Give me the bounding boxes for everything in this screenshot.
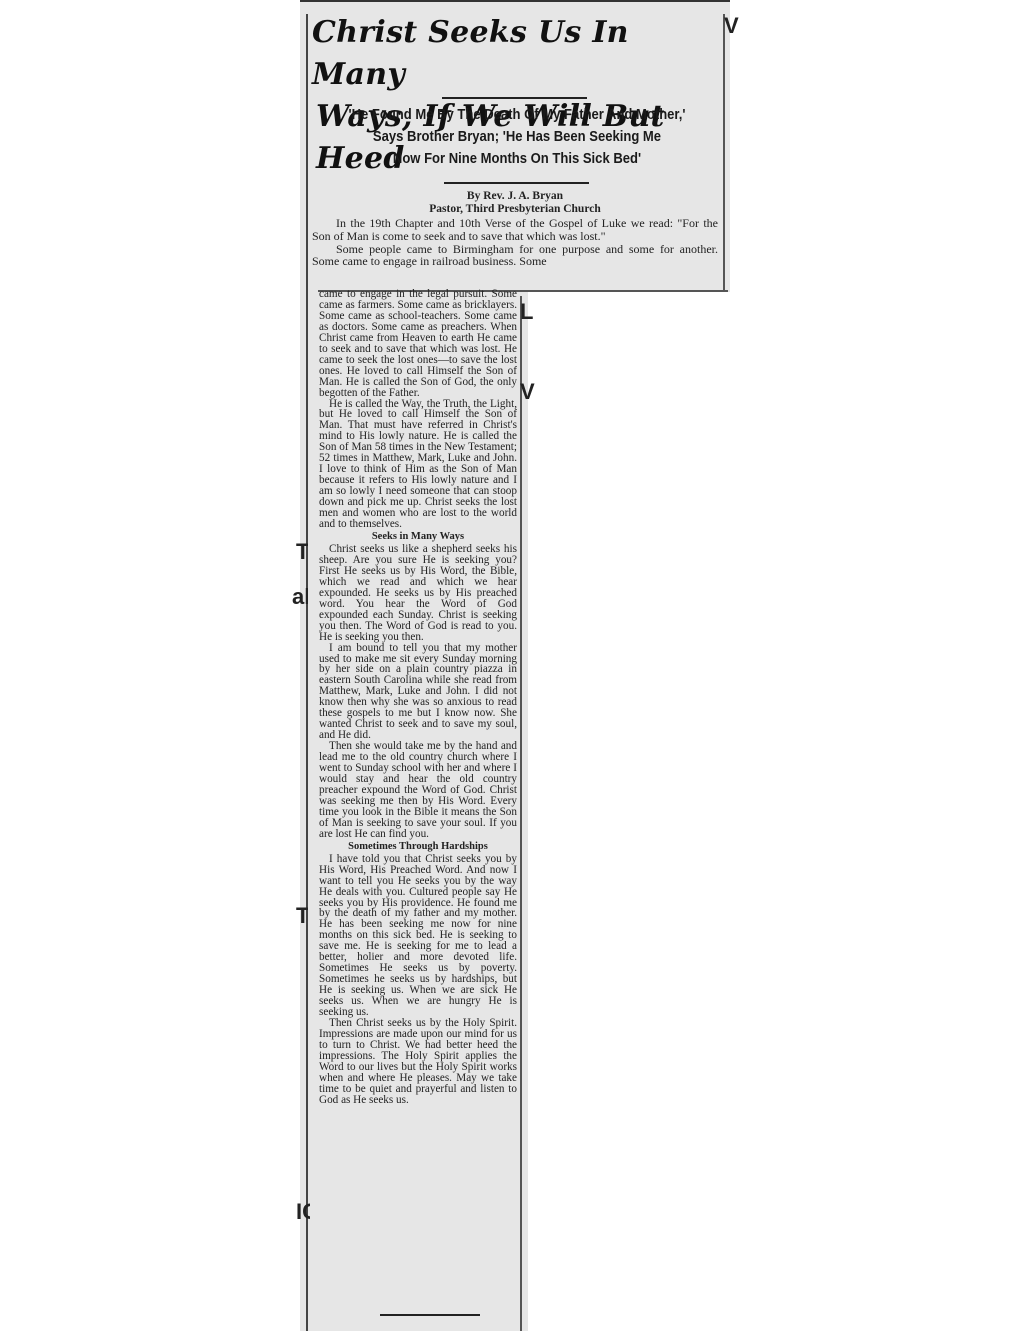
body-paragraph: Then Christ seeks us by the Holy Spirit.… bbox=[319, 1018, 517, 1106]
article-body: came to engage in the legal pursuit. Som… bbox=[319, 289, 517, 1106]
deck-line-3: Now For Nine Months On This Sick Bed' bbox=[329, 148, 705, 170]
body-paragraph: He is called the Way, the Truth, the Lig… bbox=[319, 399, 517, 530]
subheading: Sometimes Through Hardships bbox=[319, 841, 517, 853]
column-rule-left bbox=[306, 14, 308, 1331]
headline-line-1: Christ Seeks Us In Many bbox=[310, 12, 720, 96]
column-rule-right bbox=[520, 296, 522, 1331]
body-paragraph: came to engage in the legal pursuit. Som… bbox=[319, 289, 517, 399]
byline-rule bbox=[444, 182, 589, 184]
adjacent-column-fragment: V bbox=[724, 14, 739, 38]
headline-rule bbox=[442, 97, 587, 99]
deck-line-2: Says Brother Bryan; 'He Has Been Seeking… bbox=[329, 126, 705, 148]
body-paragraph: I have told you that Christ seeks you by… bbox=[319, 854, 517, 1018]
adjacent-column-fragment: T bbox=[296, 540, 308, 564]
byline-title: Pastor, Third Presbyterian Church bbox=[310, 203, 720, 216]
article-intro: In the 19th Chapter and 10th Verse of th… bbox=[312, 217, 718, 268]
adjacent-column-fragment: L bbox=[520, 300, 533, 324]
article-end-rule bbox=[380, 1314, 480, 1316]
deck-line-1: 'He Found Me By The Death Of My Father A… bbox=[329, 104, 705, 126]
adjacent-column-fragment: V bbox=[520, 380, 535, 404]
byline: By Rev. J. A. Bryan Pastor, Third Presby… bbox=[310, 190, 720, 216]
body-paragraph: I am bound to tell you that my mother us… bbox=[319, 643, 517, 742]
byline-author: By Rev. J. A. Bryan bbox=[310, 190, 720, 203]
adjacent-column-fragment: T bbox=[296, 904, 308, 928]
subheading: Seeks in Many Ways bbox=[319, 531, 517, 543]
column-rule-right-top bbox=[723, 14, 725, 292]
adjacent-column-fragment: al bbox=[292, 585, 308, 609]
intro-paragraph-2: Some people came to Birmingham for one p… bbox=[312, 243, 718, 269]
adjacent-column-fragment: IC bbox=[296, 1200, 310, 1224]
body-paragraph: Christ seeks us like a shepherd seeks hi… bbox=[319, 544, 517, 643]
body-paragraph: Then she would take me by the hand and l… bbox=[319, 741, 517, 840]
intro-paragraph-1: In the 19th Chapter and 10th Verse of th… bbox=[312, 217, 718, 243]
article-deck: 'He Found Me By The Death Of My Father A… bbox=[329, 104, 705, 170]
